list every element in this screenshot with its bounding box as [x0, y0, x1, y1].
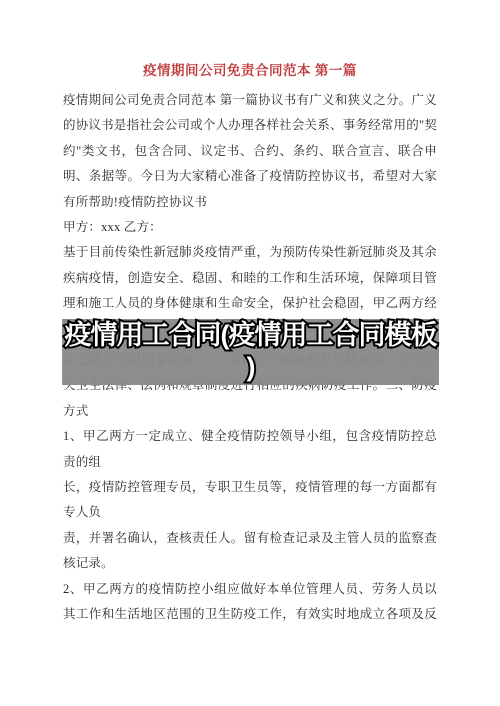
document-page: 疫情期间公司免责合同范本 第一篇 疫情期间公司免责合同范本 第一篇协议书有广义和…: [0, 0, 500, 706]
text-line: 其工作和生活地区范围的卫生防疫工作，有效实时地成立各项及反: [63, 602, 437, 627]
text-line: 责的组: [63, 450, 437, 475]
text-line: 长，疫情防控管理专员，专职卫生员等，疫情管理的每一方面都有: [63, 475, 437, 500]
text-line: 2、甲乙两方的疫情防控小组应做好本单位管理人员、劳务人员以及: [63, 577, 437, 602]
text-line: 疫情期间公司免责合同范本 第一篇协议书有广义和狭义之分。广义: [63, 88, 437, 113]
text-line: 约"类文书，包含合同、议定书、合约、条约、联合宣言、联合申: [63, 139, 437, 164]
text-line: 专人负: [63, 500, 437, 525]
text-line: 责，并署名确认，查核责任人。留有检查记录及主管人员的监察查: [63, 526, 437, 551]
body-text-block-upper: 疫情期间公司免责合同范本 第一篇协议书有广义和狭义之分。广义的协议书是指社会公司…: [63, 88, 437, 317]
document-title: 疫情期间公司免责合同范本 第一篇: [0, 59, 500, 79]
watermark-banner: 疫情用工合同(疫情用工合同模板 ): [62, 319, 439, 385]
text-line: 理和施工人员的身体健康和生命安全，保护社会稳固，甲乙两方经: [63, 291, 437, 316]
text-line: 的协议书是指社会公司或个人办理各样社会关系、事务经常用的"契: [63, 113, 437, 138]
body-text-block-lower: 甲乙两方依照国家政府、_、项目所在地政府卫生防疫部门公布的有关卫生法律、法例和规…: [63, 348, 437, 627]
watermark-text-line1: 疫情用工合同(疫情用工合同模板: [62, 319, 439, 352]
text-line: 甲方：xxx 乙方：: [63, 215, 437, 240]
text-line: 基于目前传染性新冠肺炎疫情严重，为预防传染性新冠肺炎及其余: [63, 240, 437, 265]
watermark-text-line2: ): [62, 351, 439, 384]
text-line: 明、条据等。今日为大家精心准备了疫情防控协议书，希望对大家: [63, 164, 437, 189]
text-line: 核记录。: [63, 551, 437, 576]
text-line: 1、甲乙两方一定成立、健全疫情防控领导小组，包含疫情防控总负: [63, 424, 437, 449]
text-line: 疾病疫情，创造安全、稳固、和睦的工作和生活环境，保障项目管: [63, 266, 437, 291]
text-line: 有所帮助!疫情防控协议书: [63, 190, 437, 215]
text-line: 方式: [63, 399, 437, 424]
